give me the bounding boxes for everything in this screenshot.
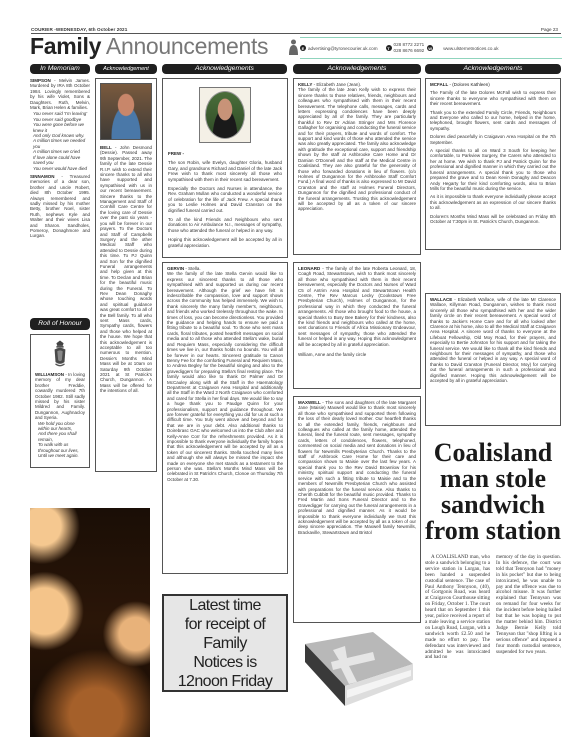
regiment-crest-icon: [51, 340, 69, 368]
contact-bar: E advertising@tyronecourier.uk.com T 028…: [300, 37, 562, 59]
bell-notice: BELL - John Desmond (Dessie). Passed awa…: [95, 78, 157, 472]
news-headline: Coalisland man stole sandwich from stati…: [425, 440, 561, 544]
gervin-notice: GERVIN - Stella. We the family of the la…: [162, 262, 288, 574]
person-icon: [289, 39, 298, 55]
frew-photo-frame: [199, 87, 251, 143]
page-title: Family Announcements: [30, 34, 268, 58]
in-memoriam-column: SIMPSON - Melvin James. Murdered by IRA …: [30, 78, 90, 239]
web-icon: W: [427, 45, 433, 51]
phone-2: 028 8676 6692: [394, 48, 425, 54]
tab-in-memoriam: In Memoriam: [30, 64, 90, 74]
tab-acknowledgement: Acknowledgement: [95, 64, 157, 74]
bible-icon: [293, 624, 421, 714]
tab-acknowledgements-3: Acknowledgements: [425, 64, 561, 74]
title-bold: Family: [30, 33, 101, 59]
bell-photo: [100, 83, 152, 140]
sinnamon-notice: SINNAMON - Treasured memories of a dear …: [30, 174, 90, 239]
phone-icon: T: [386, 45, 392, 51]
candle-photo: [30, 508, 150, 737]
phone-numbers: 028 8772 2271 028 8676 6692: [394, 42, 425, 54]
title-light: Announcements: [106, 33, 268, 59]
news-column-2: memory of the day in question. In his de…: [496, 555, 561, 661]
frew-name: FREW -: [168, 151, 282, 156]
roll-of-honour-heading: Roll of Honour: [30, 318, 90, 330]
frew-photo: [205, 91, 245, 139]
simpson-notice: SIMPSON - Melvin James. Murdered by IRA …: [30, 78, 90, 171]
deadline-notice: Latest time for receipt of Family Notice…: [162, 594, 288, 692]
simpson-poem: You never said 'I'm leaving' You never s…: [30, 111, 90, 170]
news-column-1: A COALISLAND man, who stole a sandwich b…: [425, 555, 490, 661]
website-link[interactable]: www.ulsternetnotices.co.uk: [443, 46, 498, 51]
page-number: Page 23: [541, 27, 558, 32]
kelly-notice: KELLY - Elizabeth Jane (Jean). The famil…: [293, 78, 421, 255]
mcfall-notice: MCFALL - (Dolores Kathleen) The Family o…: [425, 78, 561, 250]
mcfall-name: MCFALL - (Dolores Kathleen): [430, 82, 556, 87]
email-icon: E: [300, 45, 306, 51]
roll-of-honour-box: WILLIAMSON - In loving memory of my dear…: [30, 334, 90, 468]
email-link[interactable]: advertising@tyronecourier.uk.com: [308, 46, 378, 51]
leonard-notice: LEONARD - The family of the late Roberta…: [293, 262, 421, 389]
dateline: COURIER -WEDNESDAY, 6th October 2021: [31, 27, 127, 32]
news-body: A COALISLAND man, who stole a sandwich b…: [425, 555, 561, 661]
maxwell-notice: MAXWELL - The sons and daughters of the …: [293, 396, 421, 623]
wallace-notice: WALLACE - Elizabeth Wallace, wife of the…: [425, 293, 561, 426]
frew-notice: FREW - The son Robin, wife Evelyn, daugh…: [162, 78, 288, 258]
tab-acknowledgements-2: Acknowledgements: [293, 64, 421, 74]
tab-acknowledgements-1: Acknowledgements: [162, 64, 287, 74]
williamson-poem: We hold you close within our hearts, And…: [35, 421, 85, 459]
